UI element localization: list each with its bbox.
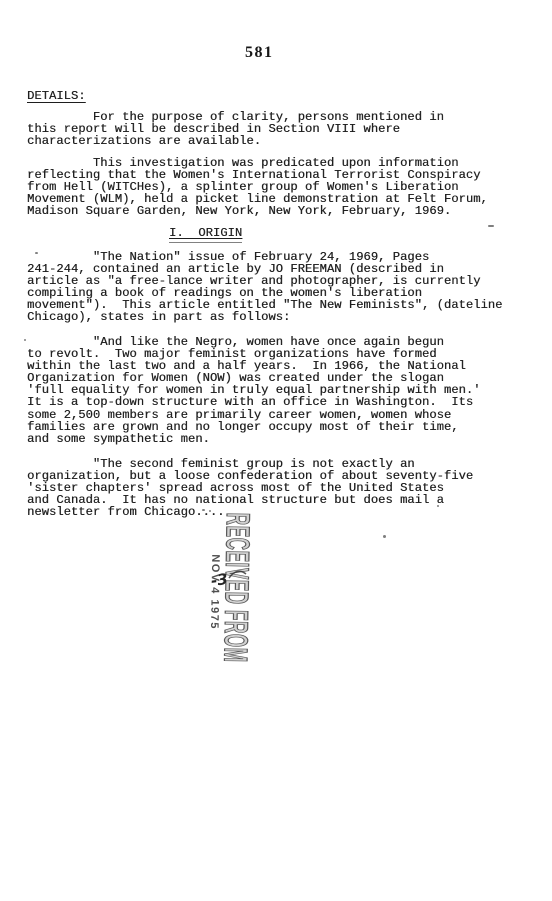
scan-speck [209,510,211,512]
handwritten-note: -3 [210,570,229,590]
handwritten-flourish [227,565,249,583]
details-label: DETAILS: [27,90,86,102]
paragraph: "The Nation" issue of February 24, 1969,… [27,251,502,324]
section-heading: I. ORIGIN [169,227,242,239]
section-heading-text: I. ORIGIN [169,226,242,243]
page-number: 581 [245,44,274,62]
scan-speck [35,252,38,254]
scan-speck [202,509,205,511]
paragraph: This investigation was predicated upon i… [27,157,488,217]
paragraph: "And like the Negro, women have once aga… [27,336,480,445]
scan-speck [24,339,26,341]
document-page: 581 DETAILS: For the purpose of clarity,… [0,0,552,901]
scan-speck [488,225,494,227]
paragraph: "The second feminist group is not exactl… [27,458,473,518]
scan-speck [437,505,439,507]
paragraph: For the purpose of clarity, persons ment… [27,111,444,147]
scan-speck [383,535,386,538]
